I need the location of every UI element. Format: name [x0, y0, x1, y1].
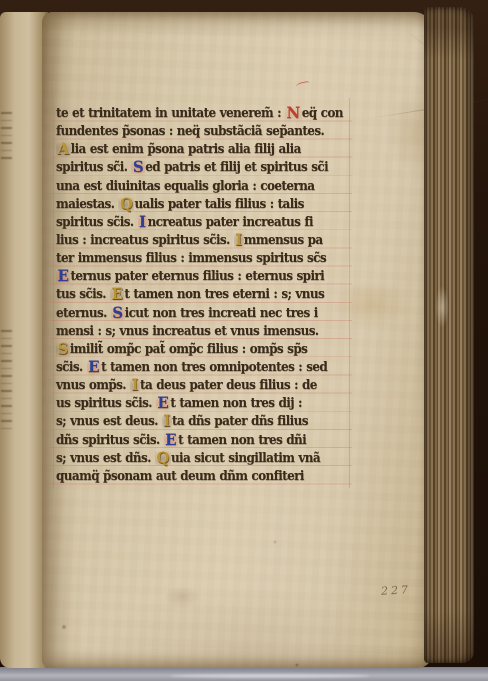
- versal-initial: E: [164, 433, 178, 447]
- text-run: ter immensus filius : immensus spiritus …: [56, 251, 326, 266]
- manuscript-line: tus sc̃is. Et tamen non tres eterni : s;…: [56, 285, 348, 304]
- versal-initial: Q: [155, 451, 171, 465]
- text-run: maiestas.: [56, 196, 118, 211]
- text-run: t tamen non tres omnipotentes : sed: [101, 360, 327, 375]
- text-run: ncreatus pater increatus fi: [148, 214, 313, 229]
- manuscript-line: te et trinitatem in unitate venerem̃ : N…: [56, 104, 348, 123]
- manuscript-line: s; vnus est dñs. Quia sicut singillatim …: [56, 448, 348, 467]
- text-block: te et trinitatem in unitate venerem̃ : N…: [56, 104, 348, 485]
- versal-initial: S: [111, 306, 125, 320]
- text-run: imilit̃ omp̃c pat̃ omp̃c filius : omp̃s …: [70, 341, 307, 356]
- ruling-vertical-right: [349, 98, 350, 488]
- manuscript-line: fundentes p̃sonas : neq̈ substãciã sep̃a…: [56, 122, 348, 141]
- text-run: uia sicut singillatim vnã: [171, 450, 320, 465]
- text-run: lia est enim p̃sona patris alia filij al…: [71, 142, 301, 157]
- manuscript-photo: te et trinitatem in unitate venerem̃ : N…: [0, 0, 488, 681]
- text-run: t tamen non tres dij :: [170, 396, 302, 411]
- text-run: lius : increatus spiritus sc̃is.: [56, 233, 234, 248]
- facing-page-text-fragment: [1, 330, 12, 430]
- text-run: te et trinitatem in unitate venerem̃ :: [56, 106, 285, 121]
- text-run: spiritus sc̃i.: [56, 160, 131, 175]
- manuscript-line: eternus. Sicut non tres increati nec tre…: [56, 303, 348, 322]
- folio-number: 227: [381, 583, 412, 598]
- manuscript-line: spiritus sc̃is. Increatus pater increatu…: [56, 212, 348, 231]
- manuscript-line: spiritus sc̃i. Sed patris et filij et sp…: [56, 158, 348, 177]
- manuscript-line: vnus omp̃s. Ita deus pater deus filius :…: [56, 376, 348, 395]
- text-run: s; vnus est dñs.: [56, 450, 155, 465]
- versal-initial: E: [56, 270, 70, 284]
- text-run: icut non tres increati nec tres i: [125, 305, 318, 320]
- versal-initial: S: [56, 343, 70, 357]
- manuscript-line: Similit̃ omp̃c pat̃ omp̃c filius : omp̃s…: [56, 339, 348, 358]
- manuscript-line: una est diuinitas equalis gloria : coete…: [56, 176, 348, 195]
- versal-initial: I: [130, 379, 140, 393]
- text-run: sc̃is.: [56, 360, 87, 375]
- text-run: mmensus pa: [244, 233, 323, 248]
- manuscript-line: s; vnus est deus. Ita dñs pater dñs fili…: [56, 412, 348, 431]
- manuscript-line: ter immensus filius : immensus spiritus …: [56, 249, 348, 268]
- versal-initial: S: [131, 161, 145, 175]
- versal-initial: Q: [118, 197, 134, 211]
- text-run: quamq̈ p̃sonam aut deum dñm confiteri: [56, 468, 304, 483]
- versal-initial: E: [156, 397, 170, 411]
- text-run: us spiritus sc̃is.: [56, 396, 156, 411]
- versal-initial: I: [162, 415, 172, 429]
- manuscript-line: us spiritus sc̃is. Et tamen non tres dij…: [56, 394, 348, 413]
- text-run: t tamen non tres dñi: [178, 432, 306, 447]
- versal-initial: A: [56, 143, 71, 157]
- versal-initial: E: [87, 361, 101, 375]
- text-run: ed patris et filij et spiritus sc̃i: [145, 160, 328, 175]
- versal-initial: N: [285, 107, 302, 121]
- fore-edge-pages: [424, 7, 474, 663]
- versal-initial: I: [138, 216, 148, 230]
- cloth-highlight: [170, 674, 370, 678]
- text-run: fundentes p̃sonas : neq̈ substãciã sep̃a…: [56, 124, 324, 139]
- manuscript-line: maiestas. Qualis pater talis filius : ta…: [56, 194, 348, 213]
- manuscript-line: Alia est enim p̃sona patris alia filij a…: [56, 140, 348, 159]
- manuscript-line: Eternus pater eternus filius : eternus s…: [56, 267, 348, 286]
- manuscript-line: dñs spiritus sc̃is. Et tamen non tres dñ…: [56, 430, 348, 449]
- text-run: dñs spiritus sc̃is.: [56, 432, 164, 447]
- text-run: ta dñs pater dñs filius: [172, 414, 308, 429]
- text-run: tus sc̃is.: [56, 287, 110, 302]
- manuscript-line: sc̃is. Et tamen non tres omnipotentes : …: [56, 358, 348, 377]
- text-run: spiritus sc̃is.: [56, 214, 138, 229]
- text-run: eternus.: [56, 305, 111, 320]
- text-run: s; vnus est deus.: [56, 414, 162, 429]
- versal-initial: I: [234, 234, 244, 248]
- ruling-vertical-left: [53, 98, 54, 488]
- text-run: t tamen non tres eterni : s; vnus: [124, 287, 324, 302]
- versal-initial: E: [110, 288, 124, 302]
- facing-page-text-fragment: [1, 112, 12, 164]
- text-run: mensi : s; vnus increatus et vnus imensu…: [56, 323, 318, 338]
- text-run: ta deus pater deus filius : de: [140, 378, 317, 393]
- manuscript-line: quamq̈ p̃sonam aut deum dñm confiteri: [56, 466, 348, 485]
- text-run: una est diuinitas equalis gloria : coete…: [56, 178, 314, 193]
- text-run: ternus pater eternus filius : eternus sp…: [70, 269, 324, 284]
- text-run: eq̈ con: [302, 106, 343, 121]
- manuscript-line: lius : increatus spiritus sc̃is. Immensu…: [56, 231, 348, 250]
- text-run: vnus omp̃s.: [56, 378, 130, 393]
- manuscript-line: mensi : s; vnus increatus et vnus imensu…: [56, 321, 348, 340]
- text-run: ualis pater talis filius : talis: [134, 196, 303, 211]
